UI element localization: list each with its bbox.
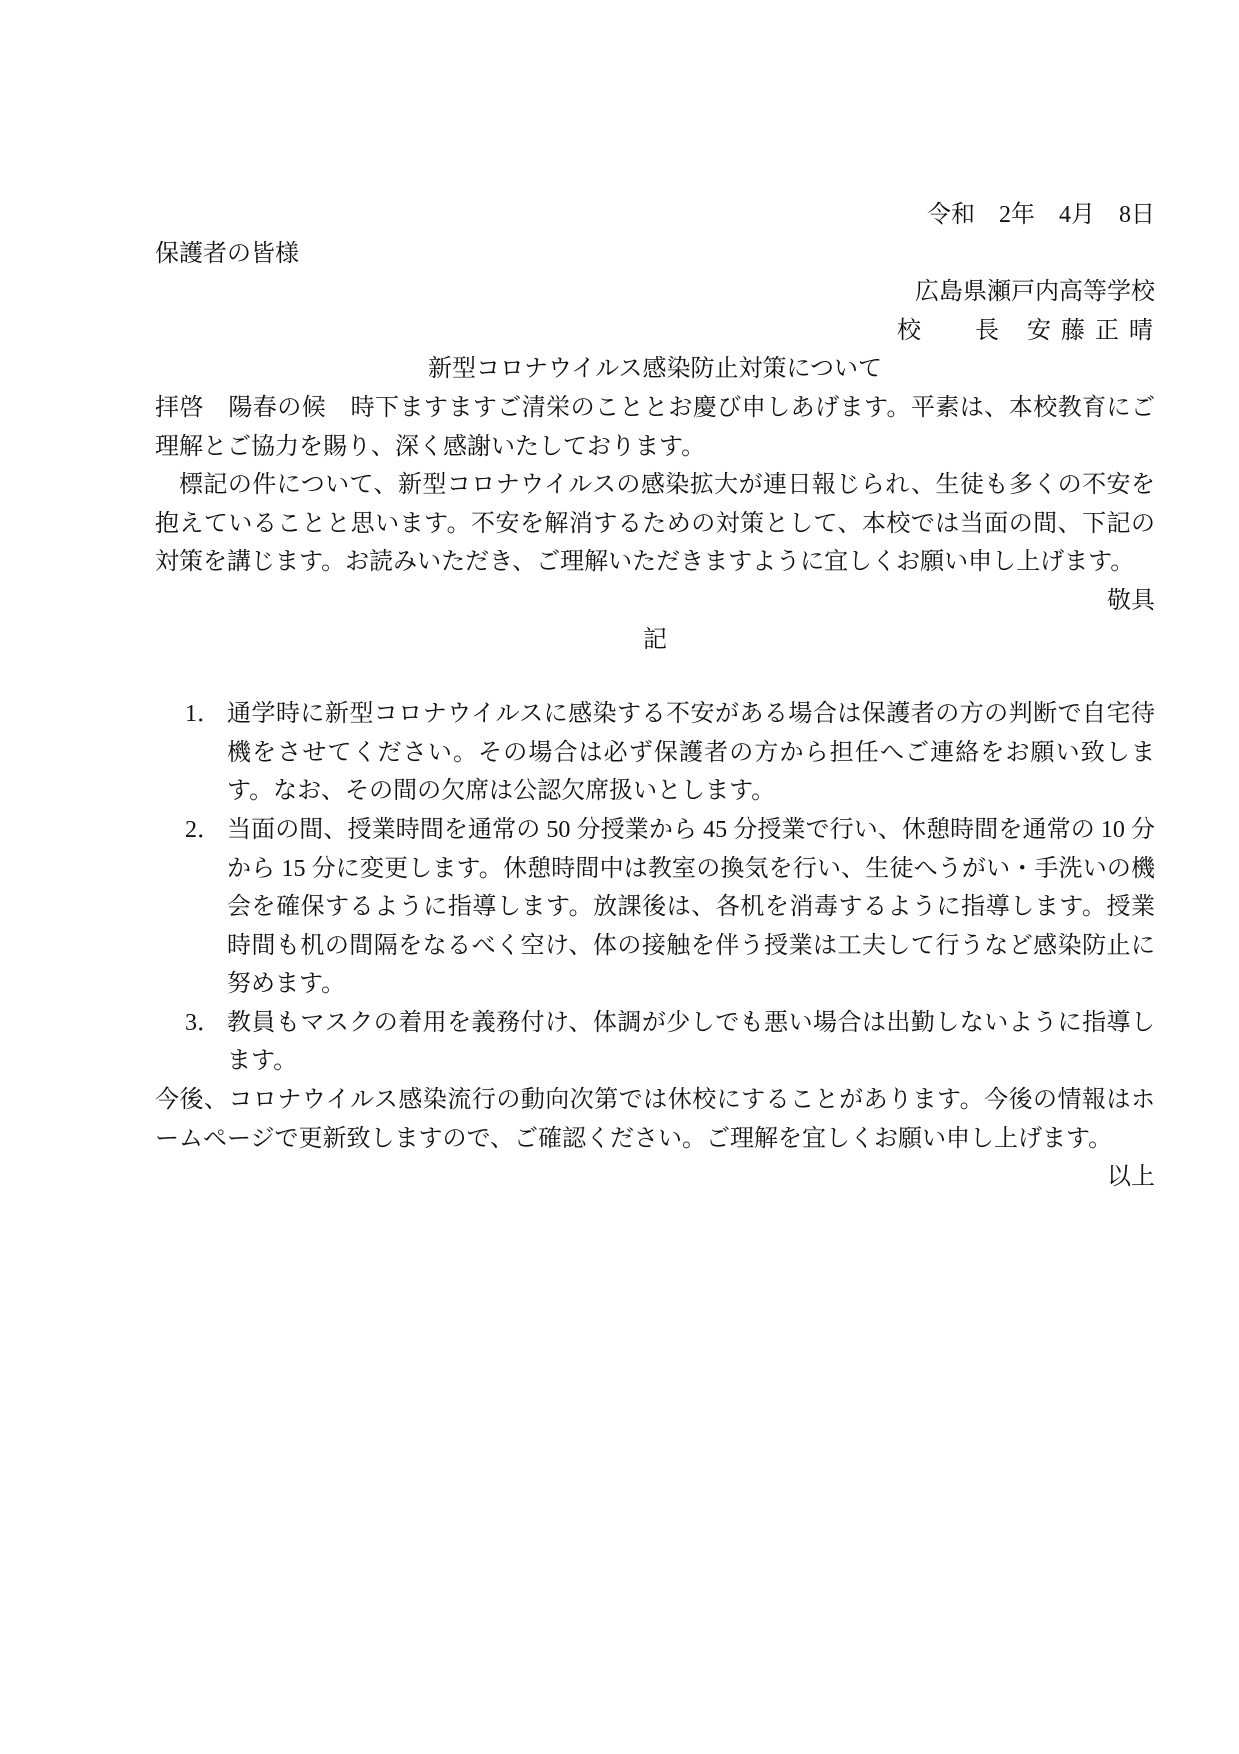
closing-paragraph: 今後、コロナウイルス感染流行の動向次第では休校にすることがあります。今後の情報は… [155, 1081, 1155, 1158]
document-title: 新型コロナウイルス感染防止対策について [155, 350, 1155, 389]
measure-item-3-number: 3． [185, 1004, 221, 1043]
measure-item-1: 1． 通学時に新型コロナウイルスに感染する不安がある場合は保護者の方の判断で自宅… [155, 695, 1155, 811]
measures-list: 1． 通学時に新型コロナウイルスに感染する不安がある場合は保護者の方の判断で自宅… [155, 695, 1155, 1081]
document-page: 令和 2年 4月 8日 保護者の皆様 広島県瀬戸内高等学校 校 長 安 藤 正 … [0, 0, 1239, 1754]
end-marker: 以上 [155, 1158, 1155, 1197]
measure-item-1-number: 1． [185, 695, 221, 734]
sender-school-name: 広島県瀬戸内高等学校 [155, 273, 1155, 312]
measure-item-3-text: 教員もマスクの着用を義務付け、体調が少しでも悪い場合は出勤しないように指導します… [227, 1010, 1155, 1075]
measure-item-2-text: 当面の間、授業時間を通常の 50 分授業から 45 分授業で行い、休憩時間を通常… [227, 817, 1155, 997]
measure-item-2-number: 2． [185, 811, 221, 850]
sender-principal-name: 校 長 安 藤 正 晴 [155, 312, 1155, 351]
record-marker: 記 [155, 621, 1155, 660]
measure-item-2: 2． 当面の間、授業時間を通常の 50 分授業から 45 分授業で行い、休憩時間… [155, 811, 1155, 1004]
closing-salutation: 敬具 [155, 582, 1155, 621]
date-line: 令和 2年 4月 8日 [155, 196, 1155, 235]
greeting-paragraph: 拝啓 陽春の候 時下ますますご清栄のこととお慶び申しあげます。平素は、本校教育に… [155, 389, 1155, 466]
intro-paragraph: 標記の件について、新型コロナウイルスの感染拡大が連日報じられ、生徒も多くの不安を… [155, 466, 1155, 582]
measure-item-3: 3． 教員もマスクの着用を義務付け、体調が少しでも悪い場合は出勤しないように指導… [155, 1004, 1155, 1081]
addressee-line: 保護者の皆様 [155, 235, 1155, 274]
measure-item-1-text: 通学時に新型コロナウイルスに感染する不安がある場合は保護者の方の判断で自宅待機を… [227, 701, 1155, 804]
